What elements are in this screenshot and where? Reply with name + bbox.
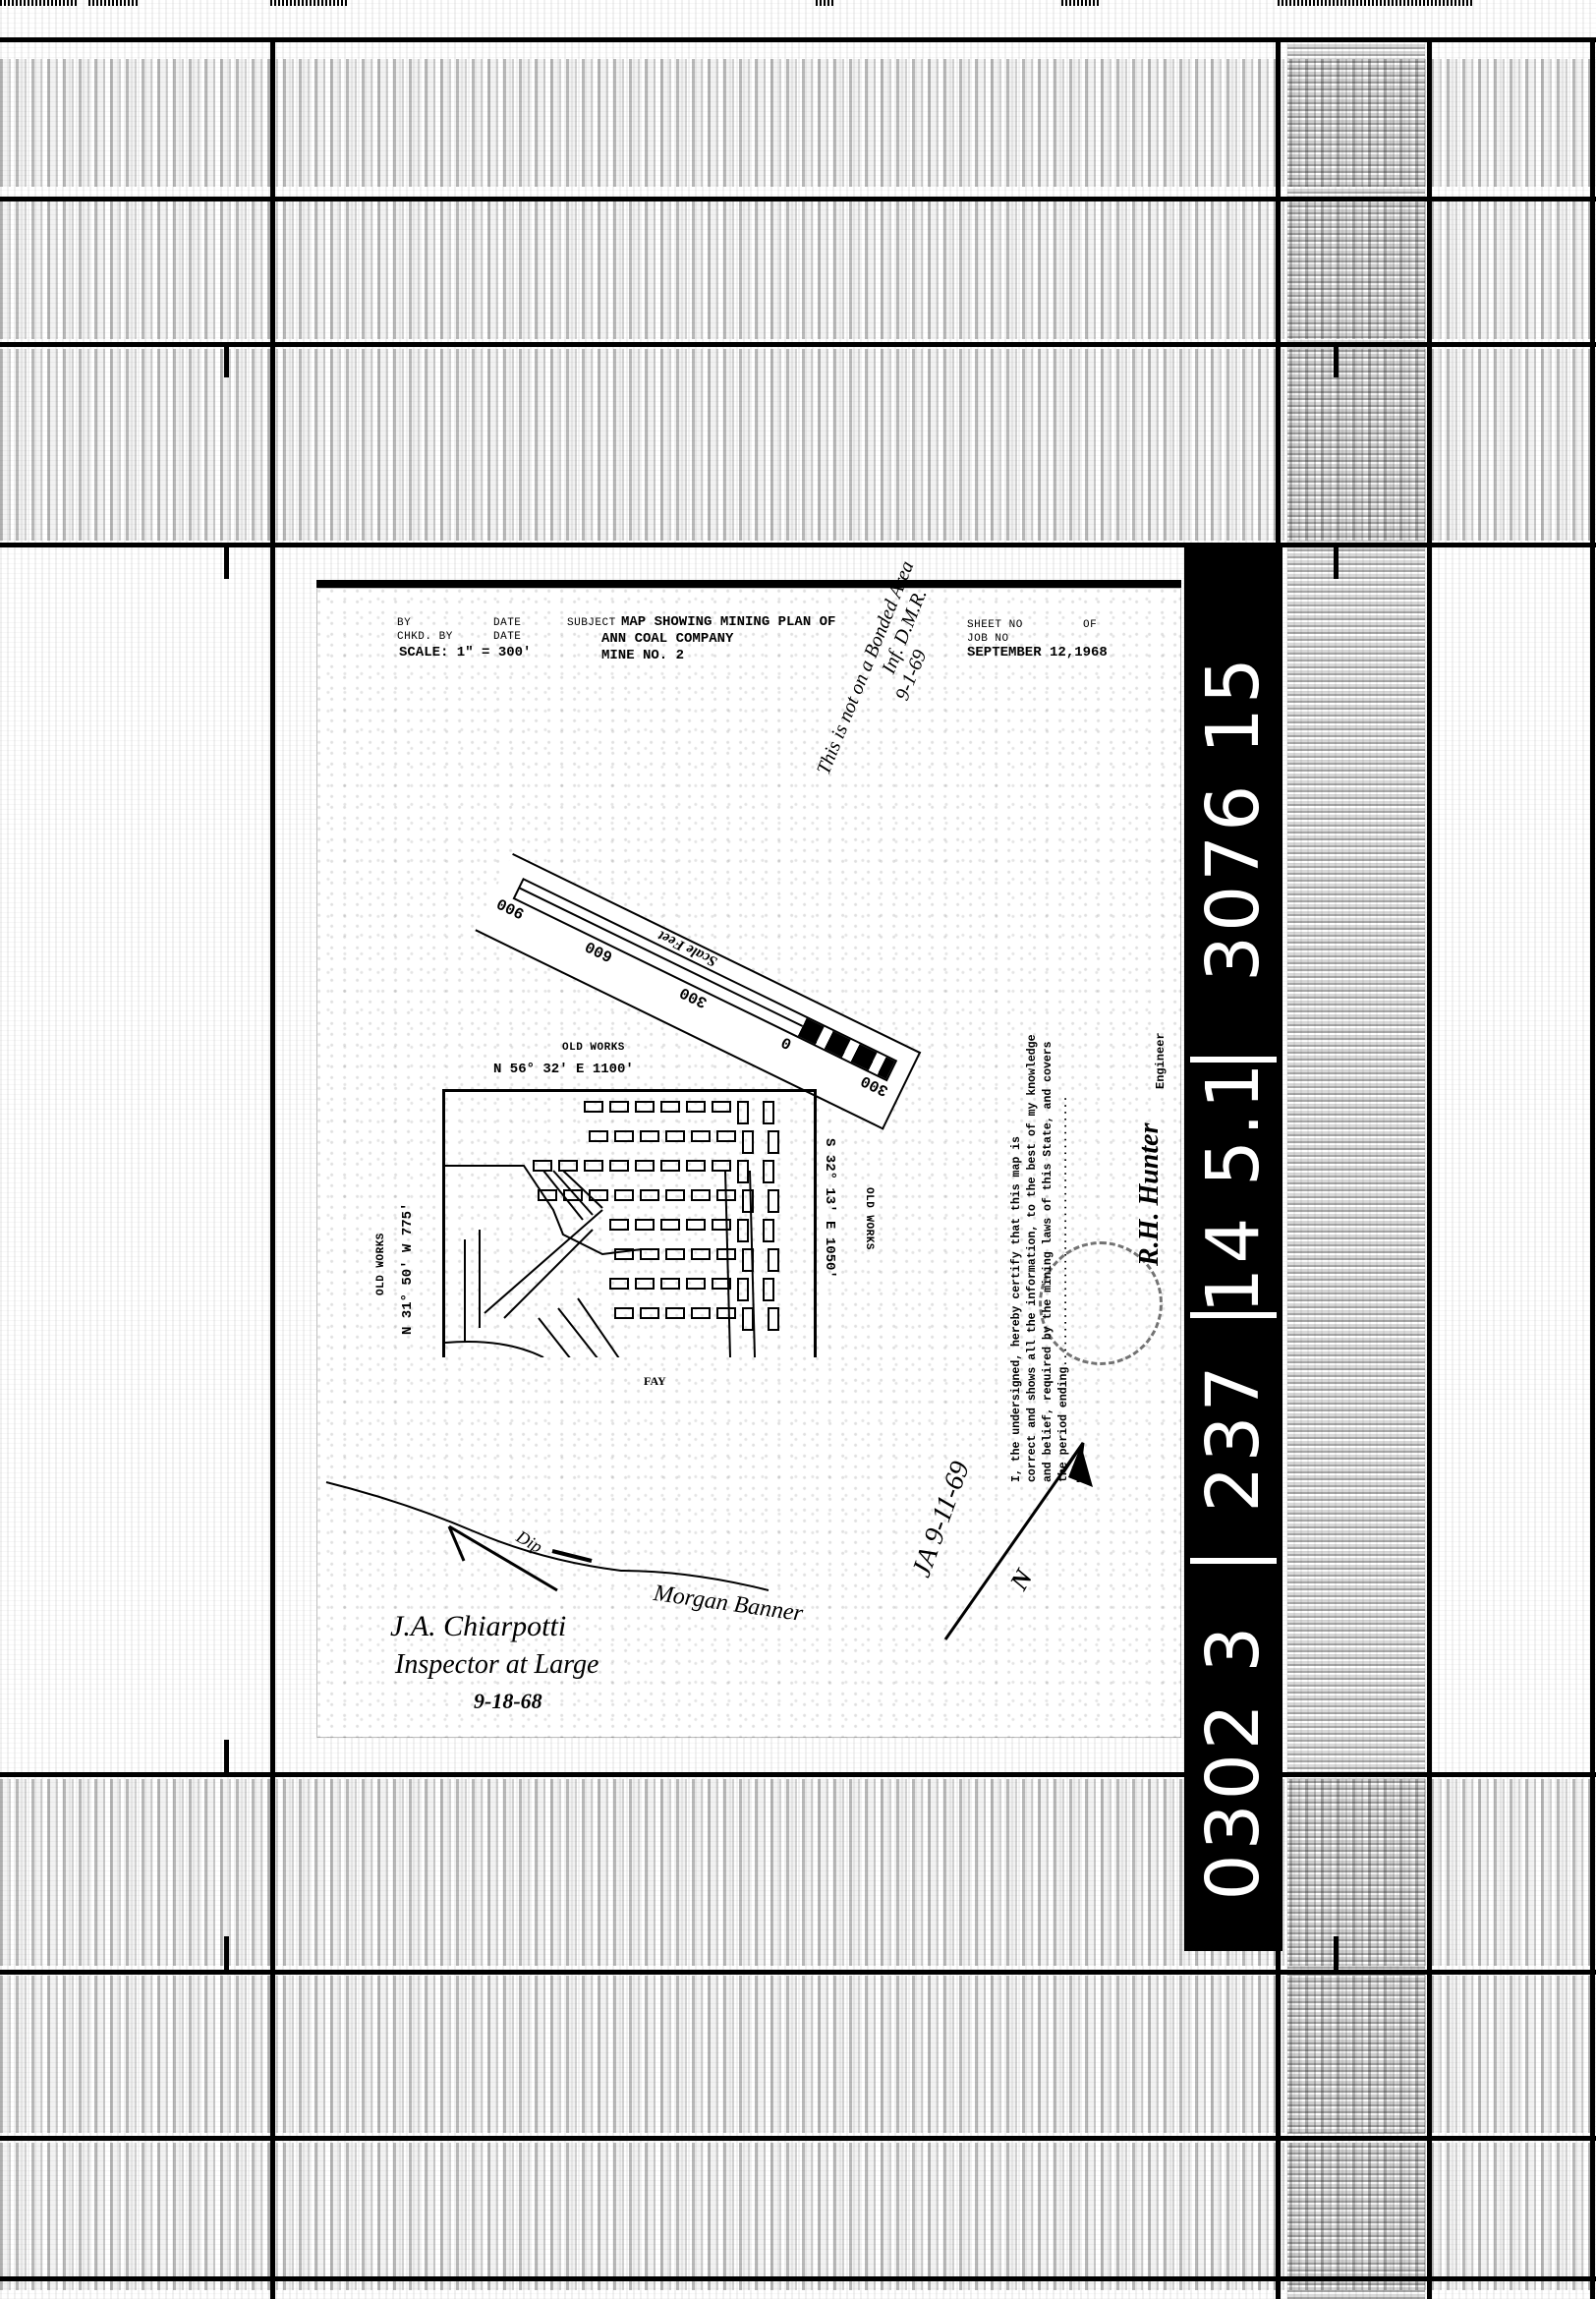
east-boundary-label: OLD WORKS — [863, 1187, 875, 1250]
registration-tick — [224, 546, 229, 579]
registration-tick — [224, 344, 229, 377]
date-label: DATE — [493, 617, 521, 629]
engineer-certification: I, the undersigned, hereby certify that … — [1009, 981, 1072, 1482]
film-index-strip: 3076 15 14 5.1 237 0302 3 — [1184, 546, 1282, 1951]
inspector-title: Inspector at Large — [395, 1649, 598, 1681]
scale-label: 0 — [778, 1032, 795, 1052]
sheet-no-label: SHEET NO — [967, 619, 1023, 631]
subject-line-3: MINE NO. 2 — [601, 648, 684, 663]
grid-line — [1590, 37, 1595, 2299]
registration-tick — [224, 1936, 229, 1970]
of-label: OF — [1083, 619, 1097, 631]
map-sheet: BY DATE CHKD. BY DATE SCALE: 1" = 300' S… — [316, 580, 1181, 1738]
grid-line — [1427, 37, 1432, 2299]
engineer-seal — [1039, 1241, 1163, 1365]
by-label: BY — [397, 617, 411, 629]
scale-text: SCALE: 1" = 300' — [399, 645, 531, 661]
subject-line-1: MAP SHOWING MINING PLAN OF — [621, 614, 835, 630]
inspector-signature: J.A. Chiarpotti — [390, 1610, 566, 1643]
film-separator — [1190, 1558, 1277, 1564]
film-index-group-1: 0302 3 — [1197, 1623, 1270, 1901]
inspector-date: 9-18-68 — [474, 1689, 542, 1714]
north-bearing: N 56° 32' E 1100' — [493, 1062, 634, 1077]
east-bearing: S 32° 13' E 1050' — [822, 1138, 837, 1279]
cert-line-2: correct and shows all the information, t… — [1025, 981, 1041, 1482]
cert-line-3: and belief, required by the mining laws … — [1041, 981, 1056, 1482]
checked-date-label: DATE — [493, 631, 521, 643]
grid-line — [270, 37, 275, 2299]
subject-label: SUBJECT — [567, 617, 616, 629]
cert-line-4: the period ending.......................… — [1056, 981, 1072, 1482]
cert-line-1: I, the undersigned, hereby certify that … — [1009, 981, 1025, 1482]
film-index-group-2: 237 — [1197, 1361, 1270, 1512]
engineer-signature: R.H. Hunter — [1134, 1123, 1166, 1266]
checked-by-label: CHKD. BY — [397, 631, 453, 643]
north-boundary-label: OLD WORKS — [562, 1042, 625, 1054]
engineer-role: Engineer — [1154, 1032, 1168, 1089]
top-edge-strip — [0, 0, 1596, 14]
job-no-label: JOB NO — [967, 633, 1009, 645]
sheet-date: SEPTEMBER 12,1968 — [967, 645, 1108, 661]
adjacent-frame-column — [1287, 37, 1425, 2299]
film-index-group-4: 3076 15 — [1197, 654, 1270, 982]
subject-line-2: ANN COAL COMPANY — [601, 631, 733, 647]
film-index-group-3: 14 5.1 — [1197, 1059, 1270, 1313]
registration-tick — [224, 1740, 229, 1773]
